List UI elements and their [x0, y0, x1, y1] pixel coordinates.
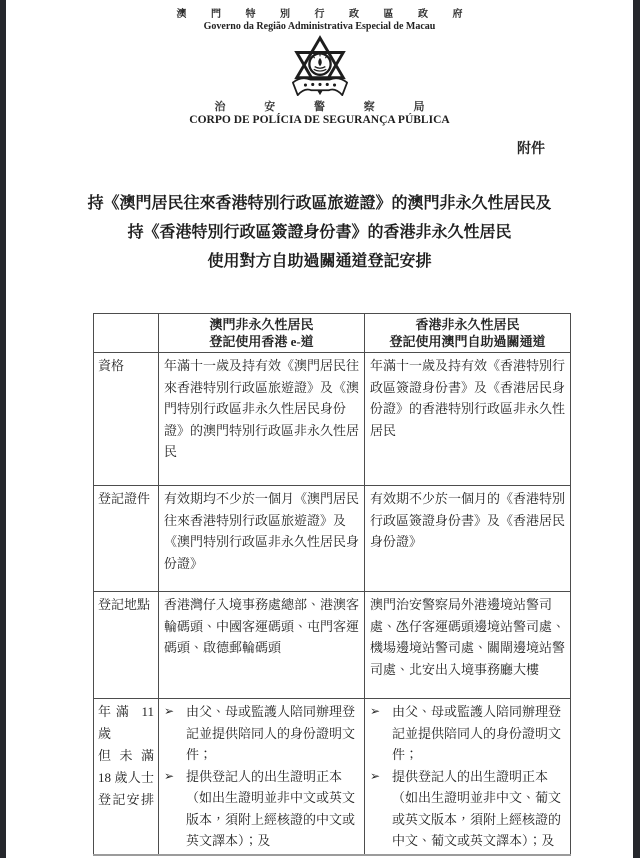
title-line-1: 持《澳門居民往來香港特別行政區旅遊證》的澳門非永久性居民及 — [6, 189, 633, 218]
title-line-2: 持《香港特別行政區簽證身份書》的香港非永久性居民 — [6, 218, 633, 247]
letterhead: 澳 門 特 別 行 政 區 政 府 Governo da Região Admi… — [6, 0, 633, 126]
attachment-label: 附件 — [6, 138, 633, 158]
row-label-documents: 登記證件 — [94, 486, 159, 592]
document-page: 澳 門 特 別 行 政 區 政 府 Governo da Região Admi… — [6, 0, 633, 858]
bullet-item: ➢ 由父、母或監護人陪同辦理登記並提供陪同人的身份證明文件； — [370, 701, 565, 766]
documents-hk-cell: 有效期不少於一個月的《香港特別行政區簽證身份書》及《香港居民身份證》 — [365, 486, 571, 592]
header-cell-hk-residents: 香港非永久性居民 登記使用澳門自助過關通道 — [365, 314, 571, 353]
bullet-item: ➢ 提供登記人的出生證明正本（如出生證明並非中文、葡文或英文版本，須附上經核證的… — [370, 766, 565, 852]
bureau-name-portuguese: CORPO DE POLÍCIA DE SEGURANÇA PÚBLICA — [6, 114, 633, 126]
header-cell-macau-residents: 澳門非永久性居民 登記使用香港 e-道 — [159, 314, 365, 353]
screenshot-root: { "colors": { "frame": "#25272c", "paper… — [0, 0, 640, 858]
table-row-locations: 登記地點 香港灣仔入境事務處總部、港澳客輪碼頭、中國客運碼頭、屯門客運碼頭、啟德… — [94, 592, 571, 699]
eligibility-macau-cell: 年滿十一歲及持有效《澳門居民往來香港特別行政區旅遊證》及《澳門特別行政區非永久性… — [159, 353, 365, 486]
minors-macau-cell: ➢ 由父、母或監護人陪同辦理登記並提供陪同人的身份證明文件； ➢ 提供登記人的出… — [159, 699, 365, 855]
row-label-minors: 年滿 11 歲 但 未 滿 18 歲人士 登記安排 — [94, 699, 159, 855]
bullet-item: ➢ 由父、母或監護人陪同辦理登記並提供陪同人的身份證明文件； — [164, 701, 359, 766]
table-row-documents: 登記證件 有效期均不少於一個月《澳門居民往來香港特別行政區旅遊證》及《澳門特別行… — [94, 486, 571, 592]
arrow-bullet-icon: ➢ — [164, 766, 186, 852]
arrow-bullet-icon: ➢ — [164, 701, 186, 766]
government-name-chinese: 澳 門 特 別 行 政 區 政 府 — [6, 5, 633, 20]
documents-macau-cell: 有效期均不少於一個月《澳門居民往來香港特別行政區旅遊證》及《澳門特別行政區非永久… — [159, 486, 365, 592]
locations-macau-cell: 香港灣仔入境事務處總部、港澳客輪碼頭、中國客運碼頭、屯門客運碼頭、啟德郵輪碼頭 — [159, 592, 365, 699]
government-name-portuguese: Governo da Região Administrativa Especia… — [6, 21, 633, 32]
title-line-3: 使用對方自助過關通道登記安排 — [6, 247, 633, 276]
registration-arrangement-table: 澳門非永久性居民 登記使用香港 e-道 香港非永久性居民 登記使用澳門自助過關通… — [93, 313, 571, 856]
locations-hk-cell: 澳門治安警察局外港邊境站警司處、氹仔客運碼頭邊境站警司處、機場邊境站警司處、關閘… — [365, 592, 571, 699]
table-row-minors-arrangement: 年滿 11 歲 但 未 滿 18 歲人士 登記安排 ➢ 由父、母或監護人陪同辦理… — [94, 699, 571, 855]
row-label-locations: 登記地點 — [94, 592, 159, 699]
table-header-row: 澳門非永久性居民 登記使用香港 e-道 香港非永久性居民 登記使用澳門自助過關通… — [94, 314, 571, 353]
arrow-bullet-icon: ➢ — [370, 701, 392, 766]
eligibility-hk-cell: 年滿十一歲及持有效《香港特別行政區簽證身份書》及《香港居民身份證》的香港特別行政… — [365, 353, 571, 486]
minors-hk-cell: ➢ 由父、母或監護人陪同辦理登記並提供陪同人的身份證明文件； ➢ 提供登記人的出… — [365, 699, 571, 855]
table-row-eligibility: 資格 年滿十一歲及持有效《澳門居民往來香港特別行政區旅遊證》及《澳門特別行政區非… — [94, 353, 571, 486]
bureau-name-chinese: 治 安 警 察 局 — [6, 98, 633, 114]
document-title: 持《澳門居民往來香港特別行政區旅遊證》的澳門非永久性居民及 持《香港特別行政區簽… — [6, 189, 633, 276]
bullet-item: ➢ 提供登記人的出生證明正本（如出生證明並非中文或英文版本，須附上經核證的中文或… — [164, 766, 359, 852]
header-cell-empty — [94, 314, 159, 353]
row-label-eligibility: 資格 — [94, 353, 159, 486]
arrow-bullet-icon: ➢ — [370, 766, 392, 852]
police-star-badge-icon — [289, 35, 351, 97]
